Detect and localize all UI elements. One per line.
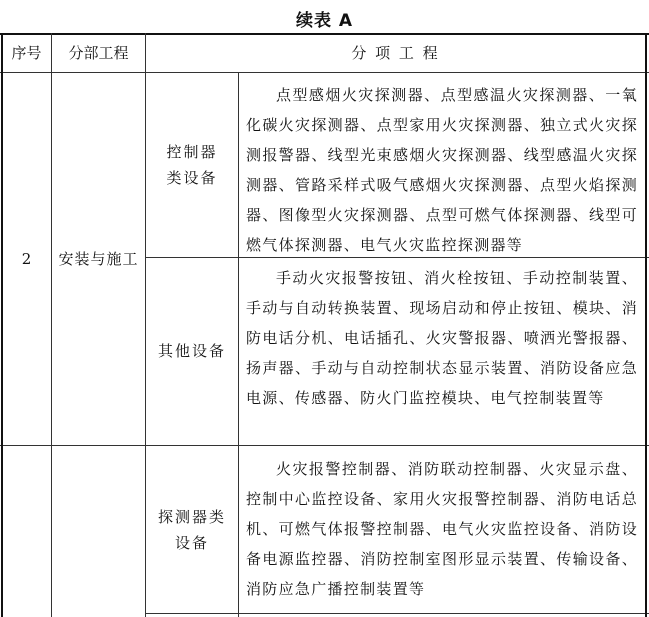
row-no: 2 [2,73,51,445]
group-category: 探测器类 设备 [146,446,238,613]
header-subitem: 分 项 工 程 [146,34,645,72]
header-no: 序号 [2,34,51,72]
row-divider [0,445,649,446]
header-division: 分部工程 [52,34,145,72]
group-category: 控制器 类设备 [146,73,238,257]
col-divider-3 [238,72,239,617]
group-divider-bottom [145,613,649,614]
group-items: 火灾报警控制器、消防联动控制器、火灾显示盘、控制中心监控设备、家用火灾报警控制器… [246,454,638,604]
group-category: 其他设备 [146,258,238,445]
group-items: 手动火灾报警按钮、消火栓按钮、手动控制装置、手动与自动转换装置、现场启动和停止按… [246,263,638,413]
group-items: 点型感烟火灾探测器、点型感温火灾探测器、一氧化碳火灾探测器、点型家用火灾探测器、… [246,80,638,260]
row-division: 安装与施工 [52,73,145,445]
table-right-border [645,33,647,617]
